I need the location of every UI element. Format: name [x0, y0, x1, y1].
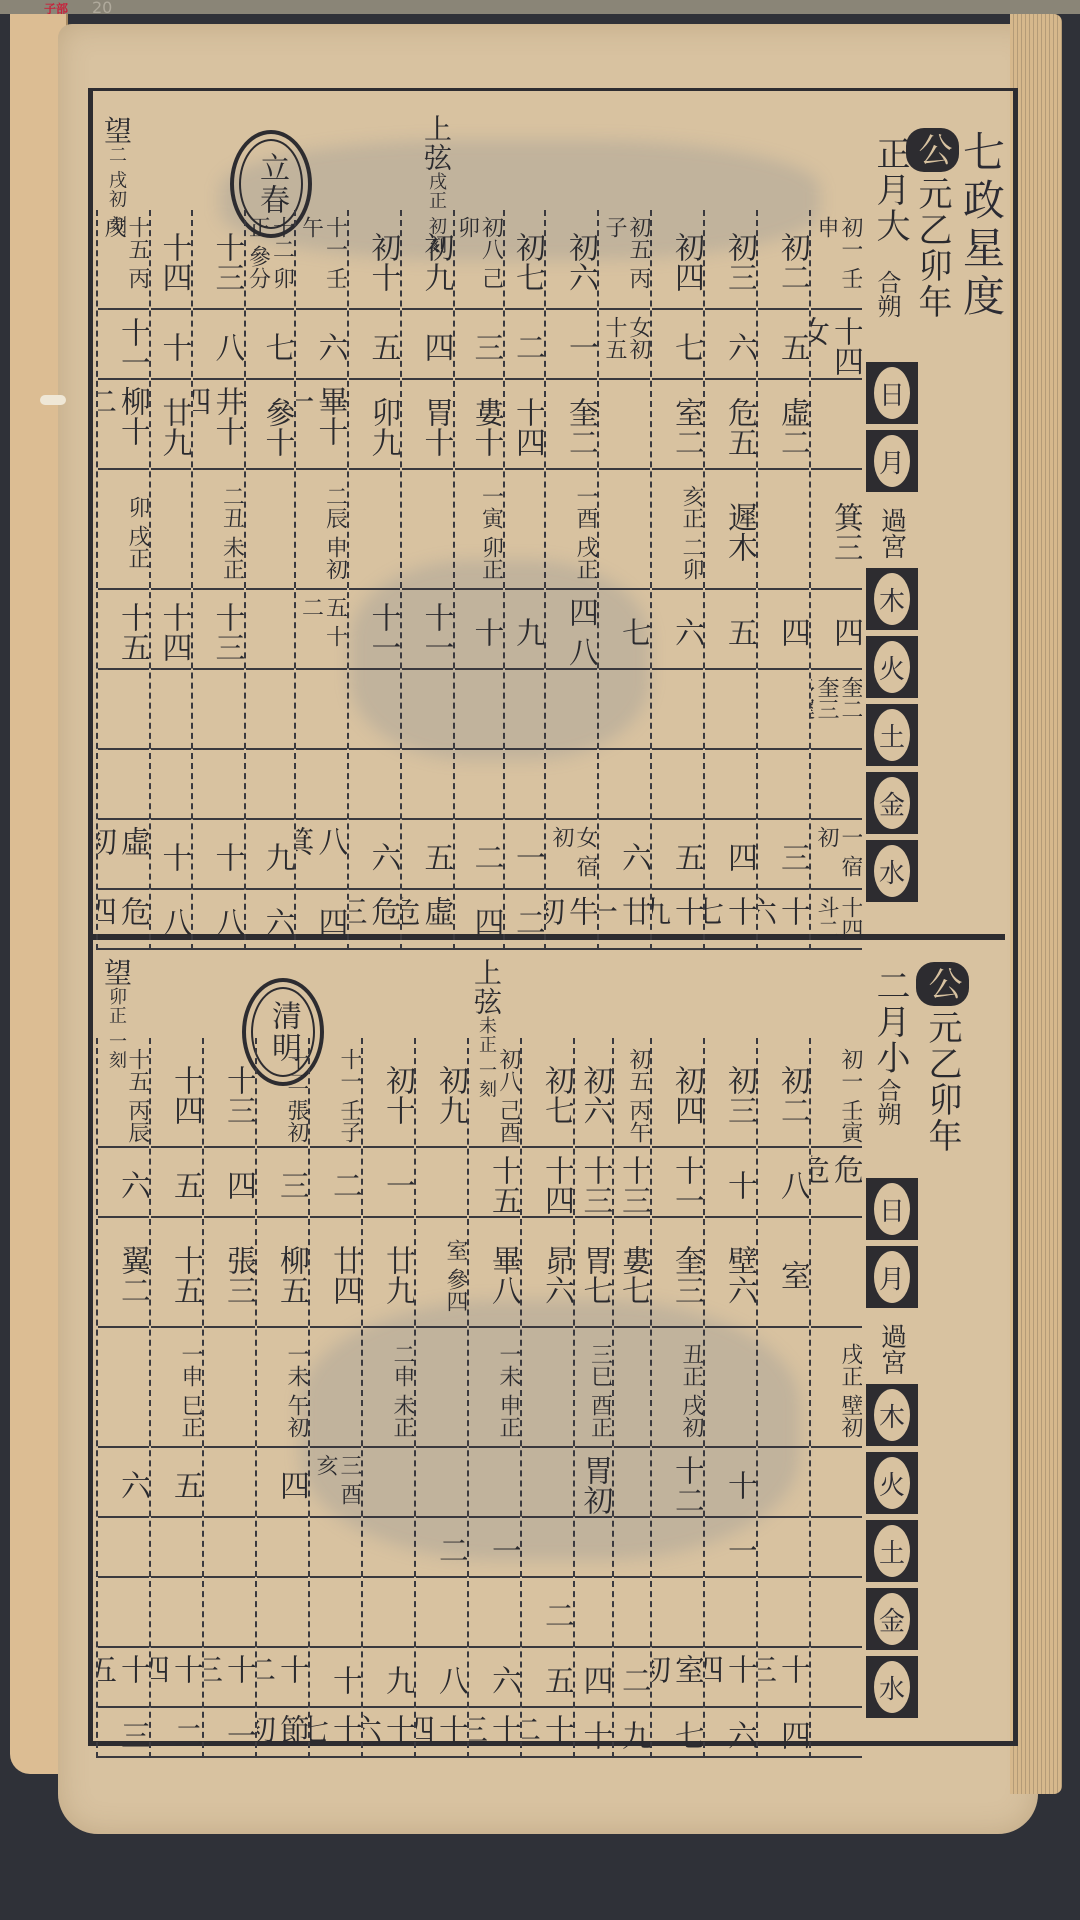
mu-cell: 四 [811, 590, 862, 670]
metal-icon: 金 [874, 1593, 910, 1645]
day-column: 初九室 參四二八十四 [414, 1038, 467, 1758]
day-column: 十四五十五一申 巳正五十四二 [149, 1038, 202, 1758]
mu-cell: 七 [599, 590, 650, 670]
moon-cell [599, 380, 650, 470]
huo-cell [98, 1518, 149, 1578]
shui-cell: 十二 [522, 1708, 573, 1758]
scan-page-number: 20 [92, 0, 112, 17]
sun-cell [416, 1148, 467, 1218]
shui-cell: 四 [296, 890, 347, 950]
jin-cell: 四 [705, 820, 756, 890]
shui-cell: 十四 [416, 1708, 467, 1758]
shui-cell: 六 [705, 1708, 756, 1758]
venus-label: 金 [866, 1588, 918, 1650]
jin-cell: 六 [599, 820, 650, 890]
gong-cell [599, 470, 650, 590]
moon-cell: 翼二 [98, 1218, 149, 1328]
gong-cell [522, 1328, 573, 1448]
day-cell: 初八 己酉 [469, 1038, 520, 1148]
shui-cell: 三 [98, 1708, 149, 1758]
moon-cell: 廿九 [363, 1218, 414, 1328]
mu-cell: 胃初 [575, 1448, 612, 1518]
huo-cell [522, 1518, 573, 1578]
mu-cell: 十 [705, 1448, 756, 1518]
sun-cell: 三 [257, 1148, 308, 1218]
moon-cell: 十五 [151, 1218, 202, 1328]
gong-cell [402, 470, 453, 590]
shui-cell: 虛 危 [402, 890, 453, 950]
sun-cell: 危 危 [811, 1148, 862, 1218]
shui-cell: 九 [614, 1708, 651, 1758]
moon-cell: 胃七 [575, 1218, 612, 1328]
gong-cell [614, 1328, 651, 1448]
shui-cell: 危 三 [349, 890, 400, 950]
month-section-2: 公元乙卯年 二月小 合朔 日 月 過宮 木 火 土 金 水 清明 上弦未正 一刻… [96, 948, 966, 1738]
tu-cell [811, 1578, 862, 1648]
sun-cell: 五 [151, 1148, 202, 1218]
day-column: 十五 丙戌十一柳十二卯 戌正十五虛 初危 四 [96, 210, 149, 950]
huo-cell [257, 1518, 308, 1578]
jin-cell: 十 [193, 820, 244, 890]
day-column: 初二五虛二四三十六 [756, 210, 809, 950]
huo-cell [505, 670, 545, 750]
day-column: 初八 己酉十五畢八一未 申正一六十三 [467, 1038, 520, 1758]
jin-cell: 五 [522, 1648, 573, 1708]
shui-cell: 十七 [705, 890, 756, 950]
huo-cell: 一 [705, 1518, 756, 1578]
binding-thread [40, 395, 66, 405]
mu-cell: 六 [98, 1448, 149, 1518]
mu-cell: 十一 [402, 590, 453, 670]
day-cell: 初九 [416, 1038, 467, 1148]
sun-icon: 日 [874, 367, 910, 419]
jin-cell: 十 [151, 820, 191, 890]
tu-cell [98, 1578, 149, 1648]
month-header: 二月小 [866, 968, 915, 1076]
moon-cell: 胃十 [402, 380, 453, 470]
moon-icon: 月 [874, 1251, 910, 1303]
jin-cell: 三 [758, 820, 809, 890]
mu-cell: 四 八 [546, 590, 597, 670]
gong-cell: 戌正 壁初 [811, 1328, 862, 1448]
mu-cell [246, 590, 294, 670]
shui-cell: 二 [151, 1708, 202, 1758]
ephemeris-table-2: 初一 壬寅危 危戌正 壁初初二八室十三四初三十壁六十一十四六初四十一奎三丑正 戌… [96, 1038, 862, 1758]
moon-label: 月 [866, 1246, 918, 1308]
shui-cell: 十四 斗二 [811, 890, 862, 950]
huo-cell [652, 670, 703, 750]
huo-cell [546, 670, 597, 750]
shui-cell: 十 [575, 1708, 612, 1758]
day-cell: 初十 [349, 210, 400, 310]
moon-cell: 柳十二 [98, 380, 149, 470]
shui-cell: 八 [193, 890, 244, 950]
sun-cell: 十四 [522, 1148, 573, 1218]
tu-cell [193, 750, 244, 820]
moon-cell: 奎二 [546, 380, 597, 470]
gong-cell: 一寅 卯正 [455, 470, 503, 590]
day-cell: 初九 [402, 210, 453, 310]
day-cell: 初三 [705, 1038, 756, 1148]
day-cell: 十五 丙辰 [98, 1038, 149, 1148]
huo-cell [151, 670, 191, 750]
jin-cell: 六 [349, 820, 400, 890]
sun-cell: 八 [193, 310, 244, 380]
shui-cell: 八 [151, 890, 191, 950]
gong-cell [416, 1328, 467, 1448]
day-cell: 十二 張初 [257, 1038, 308, 1148]
jin-cell: 一 宿初 [811, 820, 862, 890]
moon-cell: 室二 [652, 380, 703, 470]
sun-cell: 十三 [614, 1148, 651, 1218]
ephemeris-table-1: 初一 壬申十四女箕三四奎二 奎三 多遲一 宿初十四 斗二初二五虛二四三十六初三六… [96, 210, 862, 950]
shui-cell: 六 [246, 890, 294, 950]
day-cell: 初四 [652, 210, 703, 310]
day-cell: 初二 [758, 1038, 809, 1148]
huo-cell [575, 1518, 612, 1578]
mu-cell [363, 1448, 414, 1518]
tu-cell [246, 750, 294, 820]
tu-cell [652, 750, 703, 820]
mu-cell: 十二 [652, 1448, 703, 1518]
huo-cell [455, 670, 503, 750]
fire-icon: 火 [874, 641, 910, 693]
sun-cell: 四 [204, 1148, 255, 1218]
sun-cell: 十五 [469, 1148, 520, 1218]
jin-cell: 十三 [204, 1648, 255, 1708]
huo-cell [193, 670, 244, 750]
sun-cell: 十四女 [811, 310, 862, 380]
shui-cell: 危 四 [98, 890, 149, 950]
huo-cell [151, 1518, 202, 1578]
gong-cell: 二丑 未正 [193, 470, 244, 590]
sun-cell: 五 [349, 310, 400, 380]
huo-cell [402, 670, 453, 750]
gong-cell: 遲木 [705, 470, 756, 590]
jin-cell: 九 [246, 820, 294, 890]
year-badge: 公 [916, 962, 969, 1006]
day-cell: 初一 壬申 [811, 210, 862, 310]
tu-cell [204, 1578, 255, 1648]
mu-cell: 五 [705, 590, 756, 670]
huo-cell [811, 1518, 862, 1578]
moon-cell: 井十四 [193, 380, 244, 470]
planet-row-labels: 日 月 過宮 木 火 土 金 水 [866, 362, 918, 908]
guogong-label: 過宮 [866, 1314, 918, 1384]
day-cell: 十二 卯正 參分 [246, 210, 294, 310]
gong-cell: 一申 巳正 [151, 1328, 202, 1448]
tu-cell: 二 [522, 1578, 573, 1648]
mu-cell [614, 1448, 651, 1518]
jin-cell: 九 [363, 1648, 414, 1708]
shui-cell: 牛初 [546, 890, 597, 950]
tu-cell [469, 1578, 520, 1648]
fire-icon: 火 [874, 1457, 910, 1509]
mu-cell [204, 1448, 255, 1518]
moon-cell: 婁七 [614, 1218, 651, 1328]
tu-cell [363, 1578, 414, 1648]
day-column: 初四七室二亥正 二卯六五十九 [650, 210, 703, 950]
jupiter-label: 木 [866, 568, 918, 630]
water-icon: 水 [874, 845, 910, 897]
tu-cell [151, 750, 191, 820]
jin-cell: 十 [310, 1648, 361, 1708]
sun-cell: 六 [296, 310, 347, 380]
tu-cell [257, 1578, 308, 1648]
jin-cell: 五 [652, 820, 703, 890]
day-column: 初五 丙子女初 十五七六廿一 [597, 210, 650, 950]
day-cell: 初三 [705, 210, 756, 310]
mu-cell: 十五 [98, 590, 149, 670]
day-column: 十四十廿九十四十八 [149, 210, 191, 950]
moon-cell: 虛二 [758, 380, 809, 470]
shui-cell: 七 [652, 1708, 703, 1758]
jin-cell: 八 箕 [296, 820, 347, 890]
mu-cell: 三 酉亥 [310, 1448, 361, 1518]
sun-cell: 二 [505, 310, 545, 380]
gong-cell [505, 470, 545, 590]
sun-cell: 二 [310, 1148, 361, 1218]
earth-icon: 土 [874, 709, 910, 761]
moon-cell: 廿四 [310, 1218, 361, 1328]
tu-cell [546, 750, 597, 820]
day-column: 初四十一奎三丑正 戌初十二室初七 [650, 1038, 703, 1758]
shui-cell: 十九 [652, 890, 703, 950]
mu-cell: 十 [455, 590, 503, 670]
shui-cell: 十六 [363, 1708, 414, 1758]
jin-cell: 十二 [257, 1648, 308, 1708]
shui-cell: 十七 [310, 1708, 361, 1758]
moon-cell: 危五 [705, 380, 756, 470]
shui-cell: 一 [204, 1708, 255, 1758]
day-column: 十三八井十四二丑 未正十三十八 [191, 210, 244, 950]
tu-cell [349, 750, 400, 820]
huo-cell [599, 670, 650, 750]
day-column: 十三四張三十三一 [202, 1038, 255, 1758]
day-column: 初十一廿九二申 未正九十六 [361, 1038, 414, 1758]
tu-cell [599, 750, 650, 820]
day-cell: 十一 壬子 [310, 1038, 361, 1148]
sun-cell: 十一 [98, 310, 149, 380]
tu-cell [455, 750, 503, 820]
jin-cell: 虛 初 [98, 820, 149, 890]
gong-cell: 二申 未正 [363, 1328, 414, 1448]
moon-cell [811, 380, 862, 470]
shui-cell: 四 [455, 890, 503, 950]
sun-cell: 十 [151, 310, 191, 380]
sun-cell: 七 [652, 310, 703, 380]
heshuo-label: 合朔 [870, 1078, 905, 1126]
jin-cell: 一 [505, 820, 545, 890]
jin-cell: 六 [469, 1648, 520, 1708]
huo-cell: 一 [469, 1518, 520, 1578]
venus-label: 金 [866, 772, 918, 834]
mu-cell [522, 1448, 573, 1518]
day-column: 初一 壬申十四女箕三四奎二 奎三 多遲一 宿初十四 斗二 [809, 210, 862, 950]
sun-cell: 一 [546, 310, 597, 380]
sun-cell: 十 [705, 1148, 756, 1218]
moon-cell: 參十 [246, 380, 294, 470]
gong-cell: 二辰 申初 [296, 470, 347, 590]
gong-cell [758, 470, 809, 590]
tu-cell [98, 750, 149, 820]
wood-icon: 木 [874, 1389, 910, 1441]
shui-cell: 節初 [257, 1708, 308, 1758]
huo-cell [98, 670, 149, 750]
day-column: 初十五卯九十一六危 三 [347, 210, 400, 950]
shui-cell: 四 [758, 1708, 809, 1758]
day-column: 初七十四昴六二五十二 [520, 1038, 573, 1758]
tu-cell [416, 1578, 467, 1648]
jin-cell: 五 [402, 820, 453, 890]
day-column: 十一 壬午六畢十一二辰 申初五 十二八 箕四 [294, 210, 347, 950]
mu-cell: 九 [505, 590, 545, 670]
gong-cell [98, 1328, 149, 1448]
day-cell: 初七 [522, 1038, 573, 1148]
day-column: 初九四胃十十一五虛 危 [400, 210, 453, 950]
gong-cell [246, 470, 294, 590]
tu-cell [705, 1578, 756, 1648]
day-column: 初六十三胃七三巳 酉正胃初四十 [573, 1038, 612, 1758]
tu-cell [575, 1578, 612, 1648]
day-column: 初七二十四九一二 [503, 210, 545, 950]
sun-label: 日 [866, 362, 918, 424]
tu-cell [151, 1578, 202, 1648]
sun-cell: 七 [246, 310, 294, 380]
day-cell: 初五 丙子 [599, 210, 650, 310]
huo-cell [349, 670, 400, 750]
moon-label: 月 [866, 430, 918, 492]
day-column: 初五 丙午十三婁七二九 [612, 1038, 651, 1758]
gong-cell: 卯 戌正 [98, 470, 149, 590]
gong-cell: 丑正 戌初 [652, 1328, 703, 1448]
sun-cell: 六 [98, 1148, 149, 1218]
day-cell: 十一 壬午 [296, 210, 347, 310]
gong-cell [151, 470, 191, 590]
mars-label: 火 [866, 1452, 918, 1514]
mu-cell: 十四 [151, 590, 191, 670]
day-cell: 初一 壬寅 [811, 1038, 862, 1148]
tu-cell [758, 1578, 809, 1648]
jin-cell: 二 [455, 820, 503, 890]
moon-cell [811, 1218, 862, 1328]
day-cell: 初八 己卯 [455, 210, 503, 310]
planet-row-labels: 日 月 過宮 木 火 土 金 水 [866, 1178, 918, 1724]
moon-cell: 室 參四 [416, 1218, 467, 1328]
day-cell: 初六 [575, 1038, 612, 1148]
year-label: 元乙卯年 [922, 1010, 962, 1154]
day-cell: 初七 [505, 210, 545, 310]
moon-cell: 廿九 [151, 380, 191, 470]
mu-cell: 六 [652, 590, 703, 670]
scan-header-strip [0, 0, 1080, 14]
day-cell: 十三 [204, 1038, 255, 1148]
tu-cell [652, 1578, 703, 1648]
day-cell: 初四 [652, 1038, 703, 1148]
moon-cell: 奎三 [652, 1218, 703, 1328]
sun-cell: 十三 [575, 1148, 612, 1218]
water-icon: 水 [874, 1661, 910, 1713]
mu-cell [416, 1448, 467, 1518]
day-cell: 十四 [151, 210, 191, 310]
day-cell: 十四 [151, 1038, 202, 1148]
saturn-label: 土 [866, 1520, 918, 1582]
jin-cell: 室初 [652, 1648, 703, 1708]
sun-cell: 十一 [652, 1148, 703, 1218]
gong-cell [705, 1328, 756, 1448]
day-column: 十五 丙辰六翼二六十五三 [96, 1038, 149, 1758]
day-cell: 初六 [546, 210, 597, 310]
shui-cell: 二 [505, 890, 545, 950]
shui-cell: 廿一 [599, 890, 650, 950]
year-label: 元乙卯年 [912, 176, 952, 320]
earth-icon: 土 [874, 1525, 910, 1577]
jupiter-label: 木 [866, 1384, 918, 1446]
gong-cell [349, 470, 400, 590]
tu-cell [296, 750, 347, 820]
tu-cell [402, 750, 453, 820]
tu-cell [705, 750, 756, 820]
day-column: 初八 己卯三婁十一寅 卯正十二四 [453, 210, 503, 950]
huo-cell: 奎二 奎三 多遲 [811, 670, 862, 750]
huo-cell: 二 [416, 1518, 467, 1578]
sun-icon: 日 [874, 1183, 910, 1235]
gong-cell: 一未 申正 [469, 1328, 520, 1448]
day-cell: 初十 [363, 1038, 414, 1148]
huo-cell [758, 1518, 809, 1578]
tu-cell [811, 750, 862, 820]
day-column: 十二 卯正 參分七參十九六 [244, 210, 294, 950]
huo-cell [652, 1518, 703, 1578]
gong-cell [758, 1328, 809, 1448]
mu-cell: 十三 [193, 590, 244, 670]
moon-cell: 昴六 [522, 1218, 573, 1328]
moon-cell: 室 [758, 1218, 809, 1328]
gong-cell [204, 1328, 255, 1448]
huo-cell [310, 1518, 361, 1578]
sun-cell: 女初 十五 [599, 310, 650, 380]
mu-cell [469, 1448, 520, 1518]
shui-cell [811, 1708, 862, 1758]
sun-cell: 八 [758, 1148, 809, 1218]
mu-cell: 五 [151, 1448, 202, 1518]
mu-cell: 十一 [349, 590, 400, 670]
moon-cell: 張三 [204, 1218, 255, 1328]
sun-cell: 一 [363, 1148, 414, 1218]
day-column: 初三六危五遲木五四十七 [703, 210, 756, 950]
huo-cell [204, 1518, 255, 1578]
gong-cell: 箕三 [811, 470, 862, 590]
saturn-label: 土 [866, 704, 918, 766]
guogong-label: 過宮 [866, 498, 918, 568]
day-column: 初三十壁六十一十四六 [703, 1038, 756, 1758]
gong-cell: 一酉 戌正 [546, 470, 597, 590]
moon-cell: 十四 [505, 380, 545, 470]
month-section-1: 公元乙卯年 正月大 合朔 日 月 過宮 木 火 土 金 水 立春 上弦戌正 初刻… [96, 100, 966, 930]
tu-cell [614, 1578, 651, 1648]
jin-cell: 十五 [98, 1648, 149, 1708]
tu-cell [310, 1578, 361, 1648]
sun-cell: 四 [402, 310, 453, 380]
mu-cell [811, 1448, 862, 1518]
huo-cell [614, 1518, 651, 1578]
metal-icon: 金 [874, 777, 910, 829]
jin-cell: 二 [614, 1648, 651, 1708]
sun-cell: 六 [705, 310, 756, 380]
wood-icon: 木 [874, 573, 910, 625]
mu-cell: 四 [758, 590, 809, 670]
mu-cell: 五 十二 [296, 590, 347, 670]
